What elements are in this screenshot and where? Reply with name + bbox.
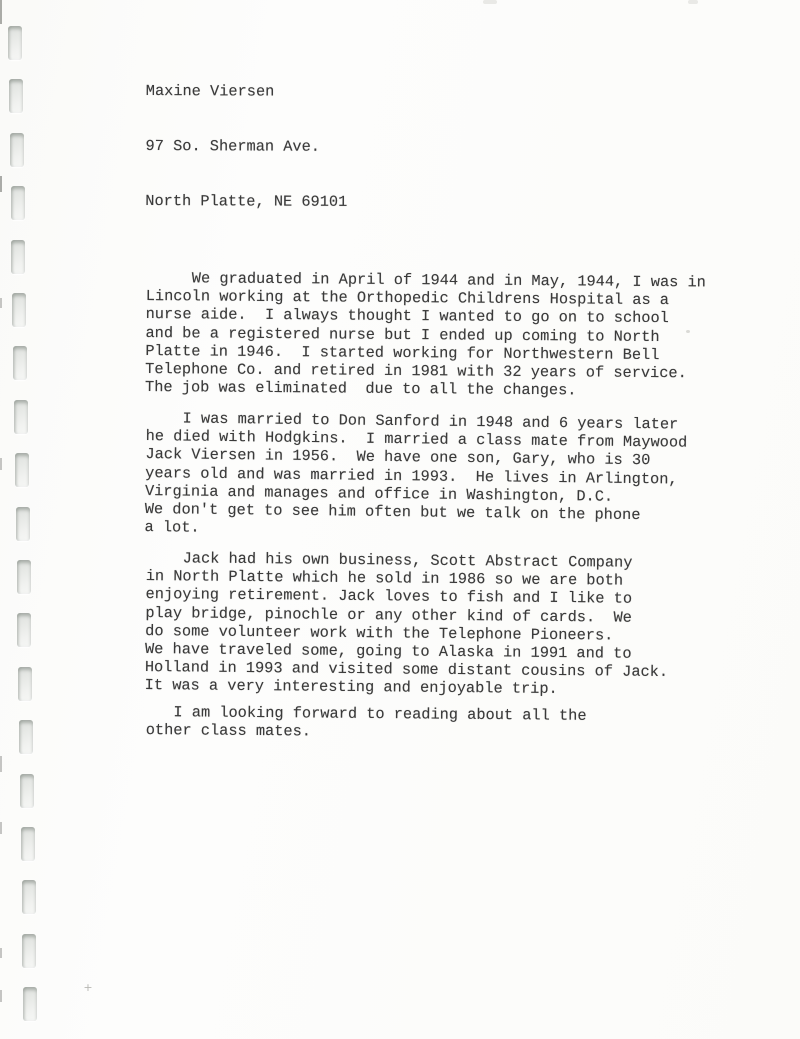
page-edge-mark [0,176,2,192]
binding-hole [13,346,27,380]
binding-hole [18,667,32,701]
binding-hole [22,934,36,968]
paragraph-3: Jack had his own business, Scott Abstrac… [145,549,766,701]
binding-hole [22,880,36,914]
binding-hole [19,720,33,754]
sender-address-block: Maxine Viersen 97 So. Sherman Ave. North… [145,46,766,249]
binding-hole [23,987,37,1021]
scanned-letter-page: Maxine Viersen 97 So. Sherman Ave. North… [0,0,800,1039]
binding-hole [14,400,28,434]
binding-hole [16,507,30,541]
paragraph-2: I was married to Don Sanford in 1948 and… [144,409,766,544]
binding-hole [12,293,26,327]
page-edge-mark [0,458,2,470]
paragraph-4: I am looking forward to reading about al… [146,703,766,745]
letter-body: Maxine Viersen 97 So. Sherman Ave. North… [146,46,766,739]
page-edge-mark [0,948,2,958]
sender-address-line2: North Platte, NE 69101 [145,192,765,213]
page-edge-mark [0,298,2,308]
sender-address-line1: 97 So. Sherman Ave. [146,137,766,158]
page-edge-mark [0,822,2,834]
scan-smudge [483,0,497,4]
binding-hole [17,560,31,594]
binding-hole [21,827,35,861]
scan-speck-plus: + [81,981,95,995]
binding-hole [11,186,25,220]
binding-hole [10,133,24,167]
binding-hole [15,453,29,487]
page-edge-mark [0,756,2,772]
binding-hole [17,613,31,647]
page-edge-mark [0,0,2,24]
scan-smudge [688,0,698,4]
scan-speck-dot [686,330,690,333]
binding-hole [9,79,23,113]
sender-name: Maxine Viersen [146,82,766,103]
binding-hole [20,774,34,808]
paragraph-1: We graduated in April of 1944 and in May… [145,269,766,401]
binding-hole [8,26,22,60]
page-edge-mark [0,990,2,1002]
binding-hole [11,240,25,274]
